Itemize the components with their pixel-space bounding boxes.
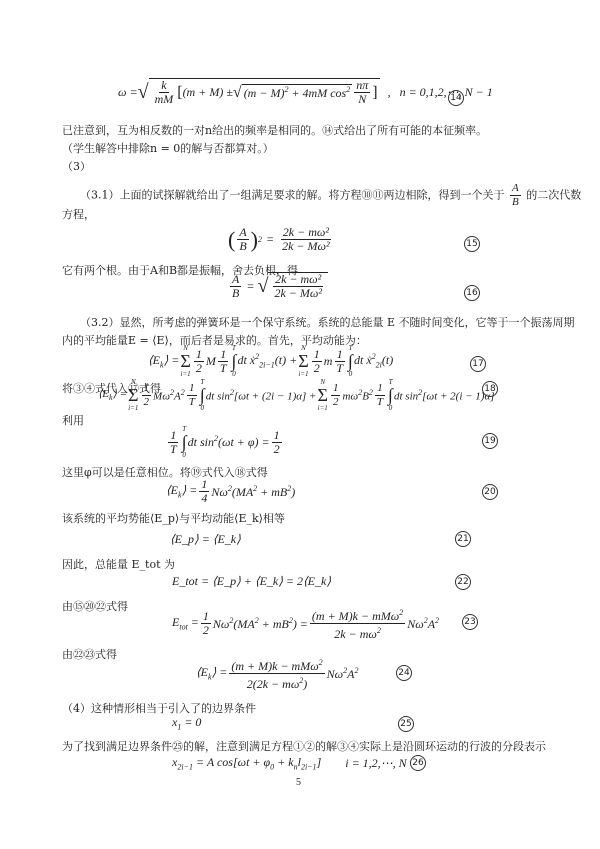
paragraph-3-1-tail: 的二次代数 (526, 189, 581, 202)
a-over-b-fraction: A B (510, 182, 521, 209)
page-number: 5 (296, 777, 301, 788)
equation-number-22: 22 (455, 574, 471, 590)
paragraph-3-2: （3.2）显然，所考虑的弹簧环是一个保守系统。系统的总能量 E 不随时间变化，它… (80, 314, 575, 330)
paragraph-student-note: （学生解答中排除n = 0的解与否都算对。） (62, 140, 274, 156)
equation-number-14: 14 (448, 90, 464, 106)
equation-17: ⟨Ek⟩ = NΣi=1 12M 1T T∫0 dt ẋ22i−1(t) + N… (148, 344, 393, 378)
paragraph-potential-equals-kinetic: 该系统的平均势能⟨E_p⟩与平均动能⟨E_k⟩相等 (62, 510, 285, 526)
equation-21: ⟨E_p⟩ = ⟨E_k⟩ (170, 532, 241, 547)
equation-number-19: 19 (482, 433, 498, 449)
paragraph-traveling-wave: 为了找到满足边界条件㉕的解，注意到满足方程①②的解③④实际上是沿圆环运动的行波的… (62, 738, 546, 754)
paragraph-from-22-23: 由㉒㉓式得 (62, 646, 117, 662)
equation-25: x1 = 0 (172, 715, 201, 731)
equation-14: ω = √ kmM [ (m + M) ± √ (m − M)2 + 4mM c… (118, 78, 493, 106)
paragraph-from-15-20-22: 由⑮⑳㉒式得 (62, 598, 128, 614)
equation-number-24: 24 (396, 665, 412, 681)
equation-number-20: 20 (482, 484, 498, 500)
equation-23: Etot = 12 Nω2(MA2 + mB2) = (m + M)k − mM… (172, 606, 439, 641)
equation-number-18: 18 (482, 381, 498, 397)
equation-20: ⟨Ek⟩ = 14 Nω2(MA2 + mB2) (166, 478, 295, 505)
equation-22: E_tot = ⟨E_p⟩ + ⟨E_k⟩ = 2⟨E_k⟩ (172, 574, 331, 589)
equation-26: x2i−1 = A cos[ωt + φ0 + knl2i−1] i = 1,2… (172, 755, 407, 771)
equation-16: AB = √ 2k − mω²2k − Mω² (228, 272, 328, 300)
equation-24: ⟨Ek⟩ = (m + M)k − mMω22(2k − mω2) Nω2A2 (196, 656, 359, 691)
equation-number-25: 25 (398, 716, 414, 732)
equation-number-15: 15 (464, 236, 480, 252)
equation-number-26: 26 (410, 755, 426, 771)
paragraph-3-1: （3.1）上面的试探解就给出了一组满足要求的解。将方程⑩⑪两边相除，得到一个关于… (80, 182, 581, 209)
equation-number-16: 16 (464, 285, 480, 301)
paragraph-using: 利用 (62, 412, 84, 428)
section-4-boundary-condition: （4）这种情形相当于引入了的边界条件 (62, 700, 256, 716)
equation-19: 1T T∫0 dt sin2(ωt + φ) = 12 (166, 425, 284, 459)
paragraph-total-energy: 因此，总能量 E_tot 为 (62, 556, 175, 572)
paragraph-equation-label: 方程， (62, 206, 95, 222)
equation-number-23: 23 (462, 614, 478, 630)
paragraph-note-opposite-n: 已注意到，互为相反数的一对n给出的频率是相同的。⑭式给出了所有可能的本征频率。 (62, 122, 487, 138)
equation-15: ( AB )2 = 2k − mω²2k − Mω² (228, 226, 334, 253)
equation-number-21: 21 (455, 531, 471, 547)
paragraph-3-1-text: （3.1）上面的试探解就给出了一组满足要求的解。将方程⑩⑪两边相除，得到一个关于 (80, 189, 505, 202)
section-3-heading: （3） (62, 158, 91, 174)
equation-number-17: 17 (470, 356, 486, 372)
equation-18: ⟨Ek⟩ = NΣi=1 12Mω2A2 1T T∫0 dt sin2[ωt +… (98, 378, 495, 412)
